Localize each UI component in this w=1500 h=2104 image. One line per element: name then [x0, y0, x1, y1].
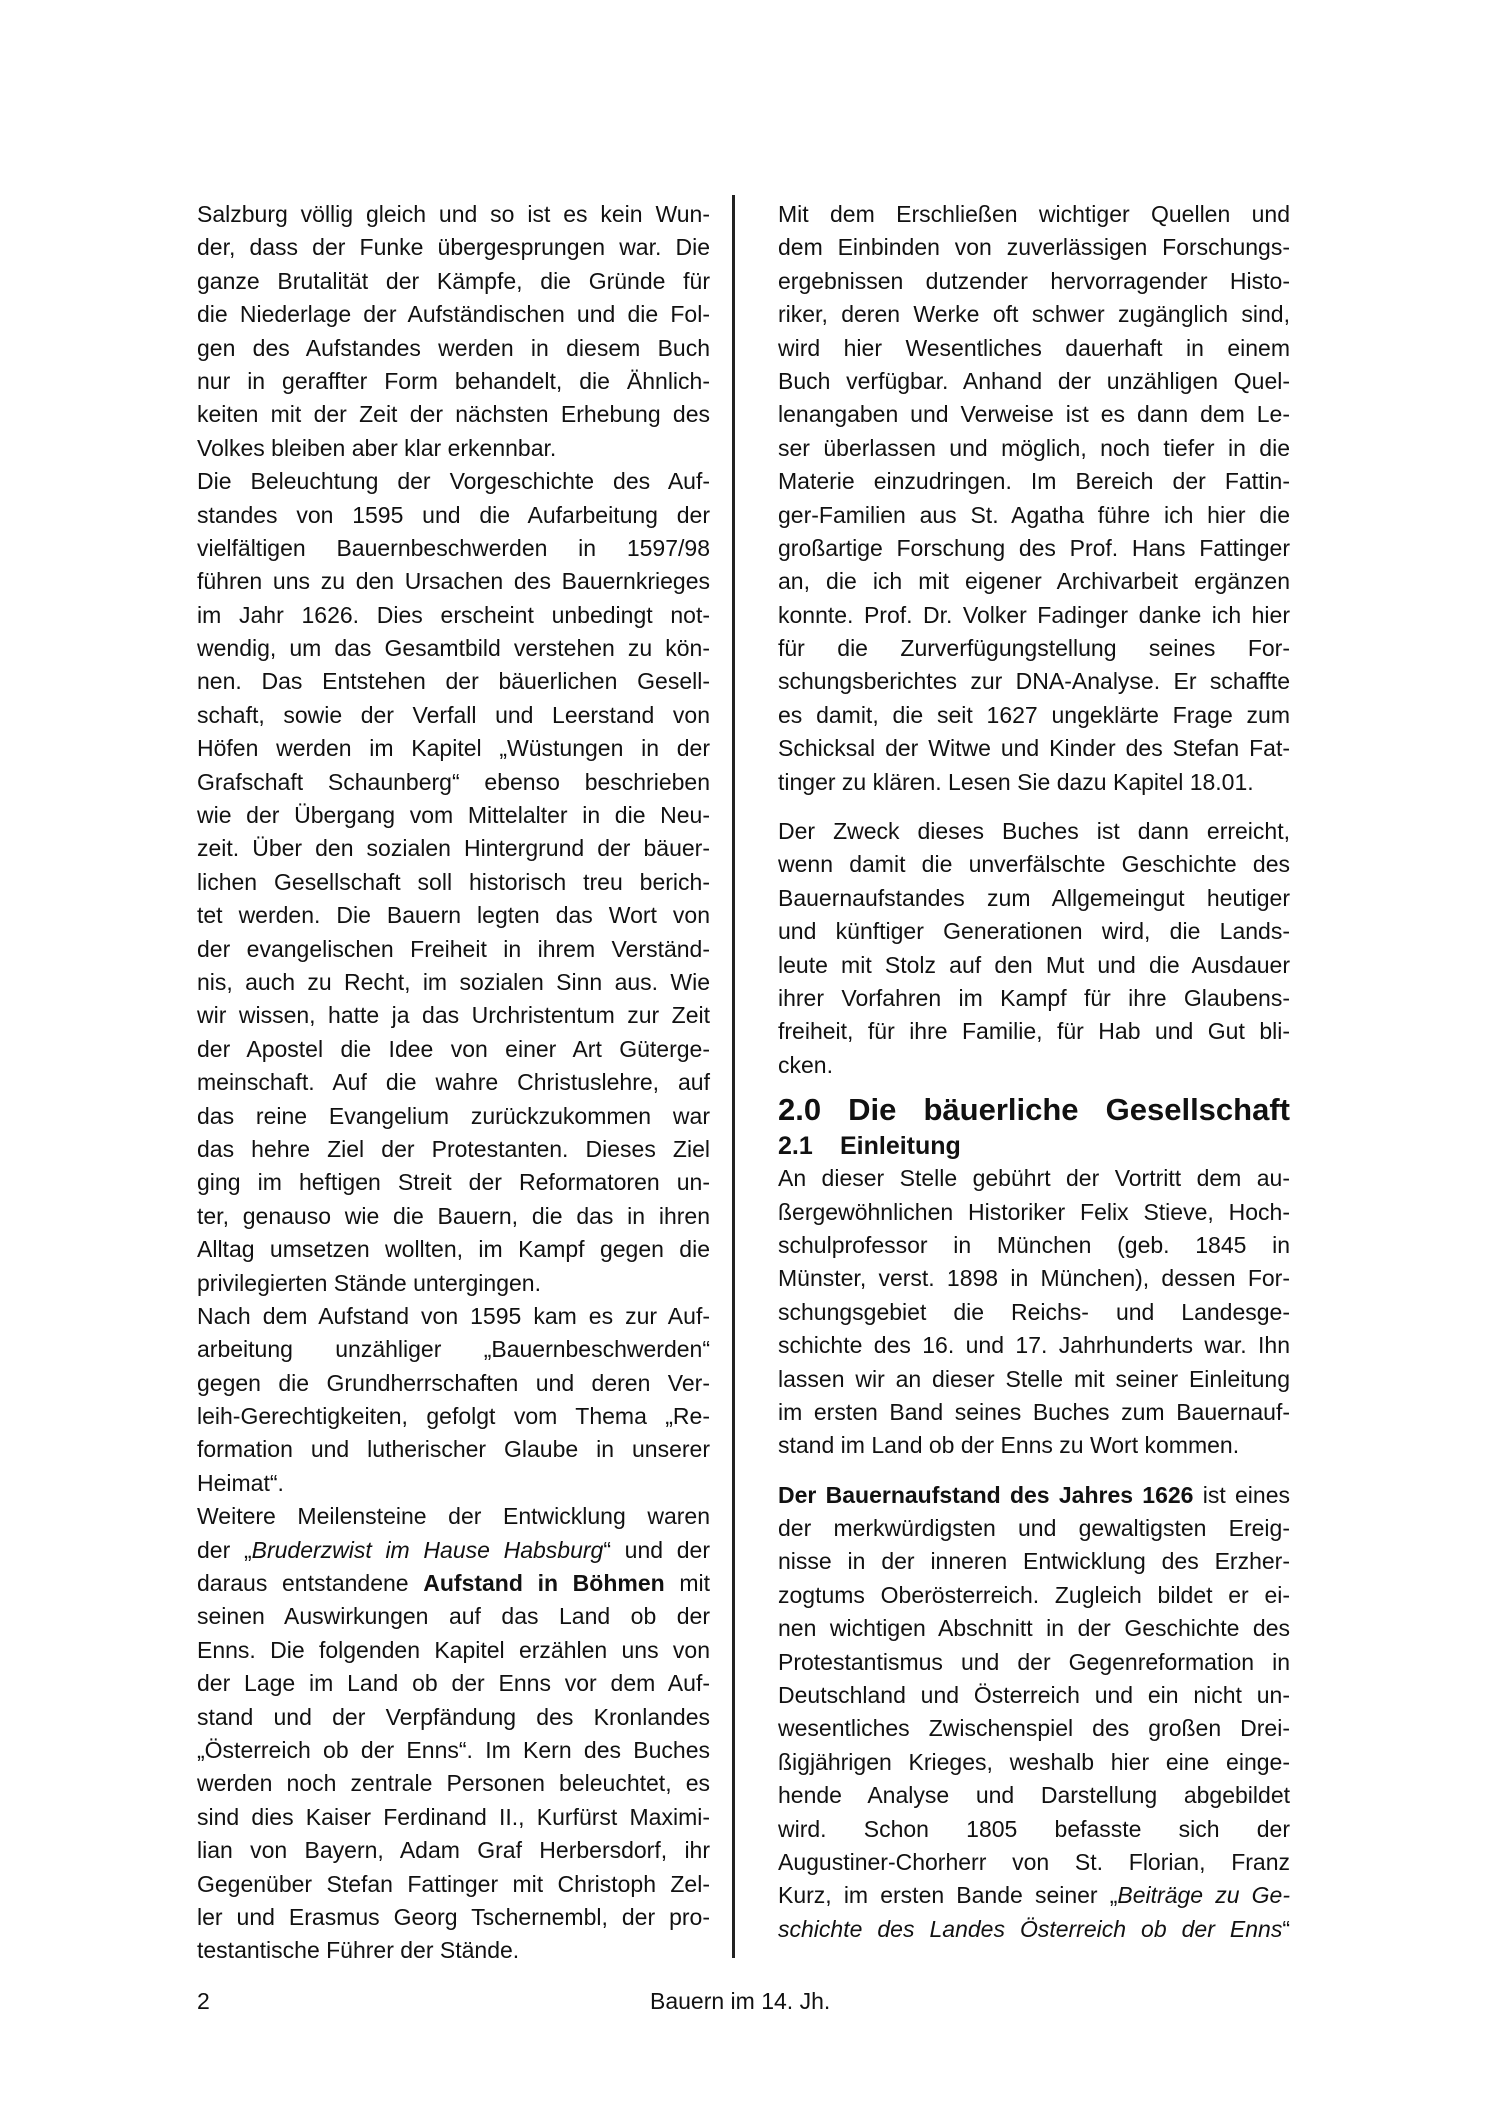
text-line: der Apostel die Idee von einer Art Güter…: [197, 1033, 710, 1066]
section-number: 2.1: [778, 1130, 840, 1162]
paragraph-complaints: Nach dem Aufstand von 1595 kam es zur Au…: [197, 1300, 710, 1500]
section-heading: 2.1Einleitung: [778, 1130, 1290, 1162]
text-line: Volkes bleiben aber klar erkennbar.: [197, 432, 710, 465]
text-line: schichte des Landes Österreich ob der En…: [778, 1913, 1290, 1946]
text-line: und künftiger Generationen wird, die Lan…: [778, 915, 1290, 948]
text-line: schungsberichtes zur DNA-Analyse. Er sch…: [778, 665, 1290, 698]
text-line: Höfen werden im Kapitel „Wüstungen in de…: [197, 732, 710, 765]
text-line: privilegierten Stände untergingen.: [197, 1267, 710, 1300]
text-line: Weitere Meilensteine der Entwicklung war…: [197, 1500, 710, 1533]
paragraph-gap: [778, 799, 1290, 815]
text-line: wie der Übergang vom Mittelalter in die …: [197, 799, 710, 832]
text-line: seinen Auswirkungen auf das Land ob der: [197, 1600, 710, 1633]
text-line: vielfältigen Bauernbeschwerden in 1597/9…: [197, 532, 710, 565]
text-line: lichen Gesellschaft soll historisch treu…: [197, 866, 710, 899]
text-line: stand im Land ob der Enns zu Wort kommen…: [778, 1429, 1290, 1462]
text-line: wir wissen, hatte ja das Urchristentum z…: [197, 999, 710, 1032]
text-line: standes von 1595 und die Aufarbeitung de…: [197, 499, 710, 532]
text-line: Grafschaft Schaunberg“ ebenso beschriebe…: [197, 766, 710, 799]
text-line: die Niederlage der Aufständischen und di…: [197, 298, 710, 331]
paragraph-purpose: Der Zweck dieses Buches ist dann erreich…: [778, 815, 1290, 1082]
text-line: konnte. Prof. Dr. Volker Fadinger danke …: [778, 599, 1290, 632]
text-line: hende Analyse und Darstellung abgebildet: [778, 1779, 1290, 1812]
text-line: sind dies Kaiser Ferdinand II., Kurfürst…: [197, 1801, 710, 1834]
text-line: wird. Schon 1805 befasste sich der: [778, 1813, 1290, 1846]
text-line: ger-Familien aus St. Agatha führe ich hi…: [778, 499, 1290, 532]
text-line: das reine Evangelium zurückzukommen war: [197, 1100, 710, 1133]
text-line: freiheit, für ihre Familie, für Hab und …: [778, 1015, 1290, 1048]
text-line: „Österreich ob der Enns“. Im Kern des Bu…: [197, 1734, 710, 1767]
text-line: ergebnissen dutzender hervorragender His…: [778, 265, 1290, 298]
text-line: lassen wir an dieser Stelle mit seiner E…: [778, 1363, 1290, 1396]
text-line: schungsgebiet die Reichs- und Landesge-: [778, 1296, 1290, 1329]
text-line: ihrer Vorfahren im Kampf für ihre Glaube…: [778, 982, 1290, 1015]
text-line: cken.: [778, 1049, 1290, 1082]
text-line: testantische Führer der Stände.: [197, 1934, 710, 1967]
text-line: im ersten Band seines Buches zum Bauerna…: [778, 1396, 1290, 1429]
text-line: wenn damit die unverfälschte Geschichte …: [778, 848, 1290, 881]
text-line: Der Zweck dieses Buches ist dann erreich…: [778, 815, 1290, 848]
text-line: Kurz, im ersten Bande seiner „Beiträge z…: [778, 1879, 1290, 1912]
text-line: keiten mit der Zeit der nächsten Erhebun…: [197, 398, 710, 431]
text-line: Nach dem Aufstand von 1595 kam es zur Au…: [197, 1300, 710, 1333]
section-title: Einleitung: [840, 1132, 961, 1160]
italic-title: schichte des Landes Österreich ob der En…: [778, 1916, 1282, 1942]
text-line: im Jahr 1626. Dies erscheint unbedingt n…: [197, 599, 710, 632]
text-line: der, dass der Funke übergesprungen war. …: [197, 231, 710, 264]
text-line: ter, genauso wie die Bauern, die das in …: [197, 1200, 710, 1233]
text-line: leute mit Stolz auf den Mut und die Ausd…: [778, 949, 1290, 982]
text-line: Alltag umsetzen wollten, im Kampf gegen …: [197, 1233, 710, 1266]
text-line: gegen die Grundherrschaften und deren Ve…: [197, 1367, 710, 1400]
text-line: Gegenüber Stefan Fattinger mit Christoph…: [197, 1868, 710, 1901]
text-line: der evangelischen Freiheit in ihrem Vers…: [197, 933, 710, 966]
italic-title: Beiträge zu Ge-: [1117, 1882, 1290, 1908]
paragraph-intro: Salzburg völlig gleich und so ist es kei…: [197, 198, 710, 465]
text-line: Mit dem Erschließen wichtiger Quellen un…: [778, 198, 1290, 231]
text-line: wendig, um das Gesamtbild verstehen zu k…: [197, 632, 710, 665]
text-line: schichte des 16. und 17. Jahrhunderts wa…: [778, 1329, 1290, 1362]
text-line: führen uns zu den Ursachen des Bauernkri…: [197, 565, 710, 598]
text-line: großartige Forschung des Prof. Hans Fatt…: [778, 532, 1290, 565]
text-line: formation und lutherischer Glaube in uns…: [197, 1433, 710, 1466]
text-line: das hehre Ziel der Protestanten. Dieses …: [197, 1133, 710, 1166]
text-line: Deutschland und Österreich und ein nicht…: [778, 1679, 1290, 1712]
text-line: ganze Brutalität der Kämpfe, die Gründe …: [197, 265, 710, 298]
text-line: wesentliches Zwischenspiel des großen Dr…: [778, 1712, 1290, 1745]
text-line: der „Bruderzwist im Hause Habsburg“ und …: [197, 1534, 710, 1567]
running-footer-title: Bauern im 14. Jh.: [650, 1988, 830, 2015]
text-line: Buch verfügbar. Anhand der unzähligen Qu…: [778, 365, 1290, 398]
paragraph-introduction: An dieser Stelle gebührt der Vortritt de…: [778, 1162, 1290, 1463]
text-line: tet werden. Die Bauern legten das Wort v…: [197, 899, 710, 932]
text-line: dem Einbinden von zuverlässigen Forschun…: [778, 231, 1290, 264]
text-line: Bauernaufstandes zum Allgemeingut heutig…: [778, 882, 1290, 915]
text-line: arbeitung unzähliger „Bauernbeschwerden“: [197, 1333, 710, 1366]
page-number: 2: [197, 1988, 210, 2015]
text-line: für die Zurverfügungstellung seines For-: [778, 632, 1290, 665]
paragraph-uprising-1626: Der Bauernaufstand des Jahres 1626 ist e…: [778, 1479, 1290, 1946]
text-line: tinger zu klären. Lesen Sie dazu Kapitel…: [778, 766, 1290, 799]
text-line: ler und Erasmus Georg Tschernembl, der p…: [197, 1901, 710, 1934]
bold-emphasis: Aufstand in Böhmen: [423, 1570, 664, 1596]
text-line: Materie einzudringen. Im Bereich der Fat…: [778, 465, 1290, 498]
text-line: Münster, verst. 1898 in München), dessen…: [778, 1262, 1290, 1295]
text-line: schaft, sowie der Verfall und Leerstand …: [197, 699, 710, 732]
text-line: Schicksal der Witwe und Kinder des Stefa…: [778, 732, 1290, 765]
text-line: ßergewöhnlichen Historiker Felix Stieve,…: [778, 1196, 1290, 1229]
text-line: An dieser Stelle gebührt der Vortritt de…: [778, 1162, 1290, 1195]
text-line: der merkwürdigsten und gewaltigsten Erei…: [778, 1512, 1290, 1545]
text-line: ging im heftigen Streit der Reformatoren…: [197, 1166, 710, 1199]
text-line: Der Bauernaufstand des Jahres 1626 ist e…: [778, 1479, 1290, 1512]
text-line: Augustiner-Chorherr von St. Florian, Fra…: [778, 1846, 1290, 1879]
paragraph-milestones: Weitere Meilensteine der Entwicklung war…: [197, 1500, 710, 1967]
text-line: lian von Bayern, Adam Graf Herbersdorf, …: [197, 1834, 710, 1867]
right-column: Mit dem Erschließen wichtiger Quellen un…: [778, 198, 1290, 1946]
text-line: nen. Das Entstehen der bäuerlichen Gesel…: [197, 665, 710, 698]
text-line: Die Beleuchtung der Vorgeschichte des Au…: [197, 465, 710, 498]
left-column: Salzburg völlig gleich und so ist es kei…: [197, 198, 710, 1968]
text-line: ßigjährigen Krieges, weshalb hier eine e…: [778, 1746, 1290, 1779]
text-line: lenangaben und Verweise ist es dann dem …: [778, 398, 1290, 431]
column-divider: [732, 195, 735, 1958]
text-line: gen des Aufstandes werden in diesem Buch: [197, 332, 710, 365]
chapter-heading: 2.0 Die bäuerliche Gesellschaft: [778, 1090, 1290, 1130]
text-line: zeit. Über den sozialen Hintergrund der …: [197, 832, 710, 865]
text-line: ser überlassen und möglich, noch tiefer …: [778, 432, 1290, 465]
text-line: Protestantismus und der Gegenreformation…: [778, 1646, 1290, 1679]
text-line: an, die ich mit eigener Archivarbeit erg…: [778, 565, 1290, 598]
text-line: Enns. Die folgenden Kapitel erzählen uns…: [197, 1634, 710, 1667]
text-line: zogtums Oberösterreich. Zugleich bildet …: [778, 1579, 1290, 1612]
paragraph-gap: [778, 1463, 1290, 1479]
text-line: es damit, die seit 1627 ungeklärte Frage…: [778, 699, 1290, 732]
text-line: meinschaft. Auf die wahre Christuslehre,…: [197, 1066, 710, 1099]
text-line: Salzburg völlig gleich und so ist es kei…: [197, 198, 710, 231]
text-line: werden noch zentrale Personen beleuchtet…: [197, 1767, 710, 1800]
text-line: Heimat“.: [197, 1467, 710, 1500]
bold-emphasis: Der Bauernaufstand des Jahres 1626: [778, 1482, 1193, 1508]
text-line: wird hier Wesentliches dauerhaft in eine…: [778, 332, 1290, 365]
text-line: riker, deren Werke oft schwer zugänglich…: [778, 298, 1290, 331]
text-line: nen wichtigen Abschnitt in der Geschicht…: [778, 1612, 1290, 1645]
italic-title: Bruderzwist im Hause Habsburg: [252, 1537, 604, 1563]
text-line: daraus entstandene Aufstand in Böhmen mi…: [197, 1567, 710, 1600]
paragraph-background: Die Beleuchtung der Vorgeschichte des Au…: [197, 465, 710, 1300]
text-line: nis, auch zu Recht, im sozialen Sinn aus…: [197, 966, 710, 999]
paragraph-sources: Mit dem Erschließen wichtiger Quellen un…: [778, 198, 1290, 799]
text-line: leih-Gerechtigkeiten, gefolgt vom Thema …: [197, 1400, 710, 1433]
text-line: der Lage im Land ob der Enns vor dem Auf…: [197, 1667, 710, 1700]
text-line: nisse in der inneren Entwicklung des Erz…: [778, 1545, 1290, 1578]
text-line: stand und der Verpfändung des Kronlandes: [197, 1701, 710, 1734]
text-line: schulprofessor in München (geb. 1845 in: [778, 1229, 1290, 1262]
text-line: nur in geraffter Form behandelt, die Ähn…: [197, 365, 710, 398]
